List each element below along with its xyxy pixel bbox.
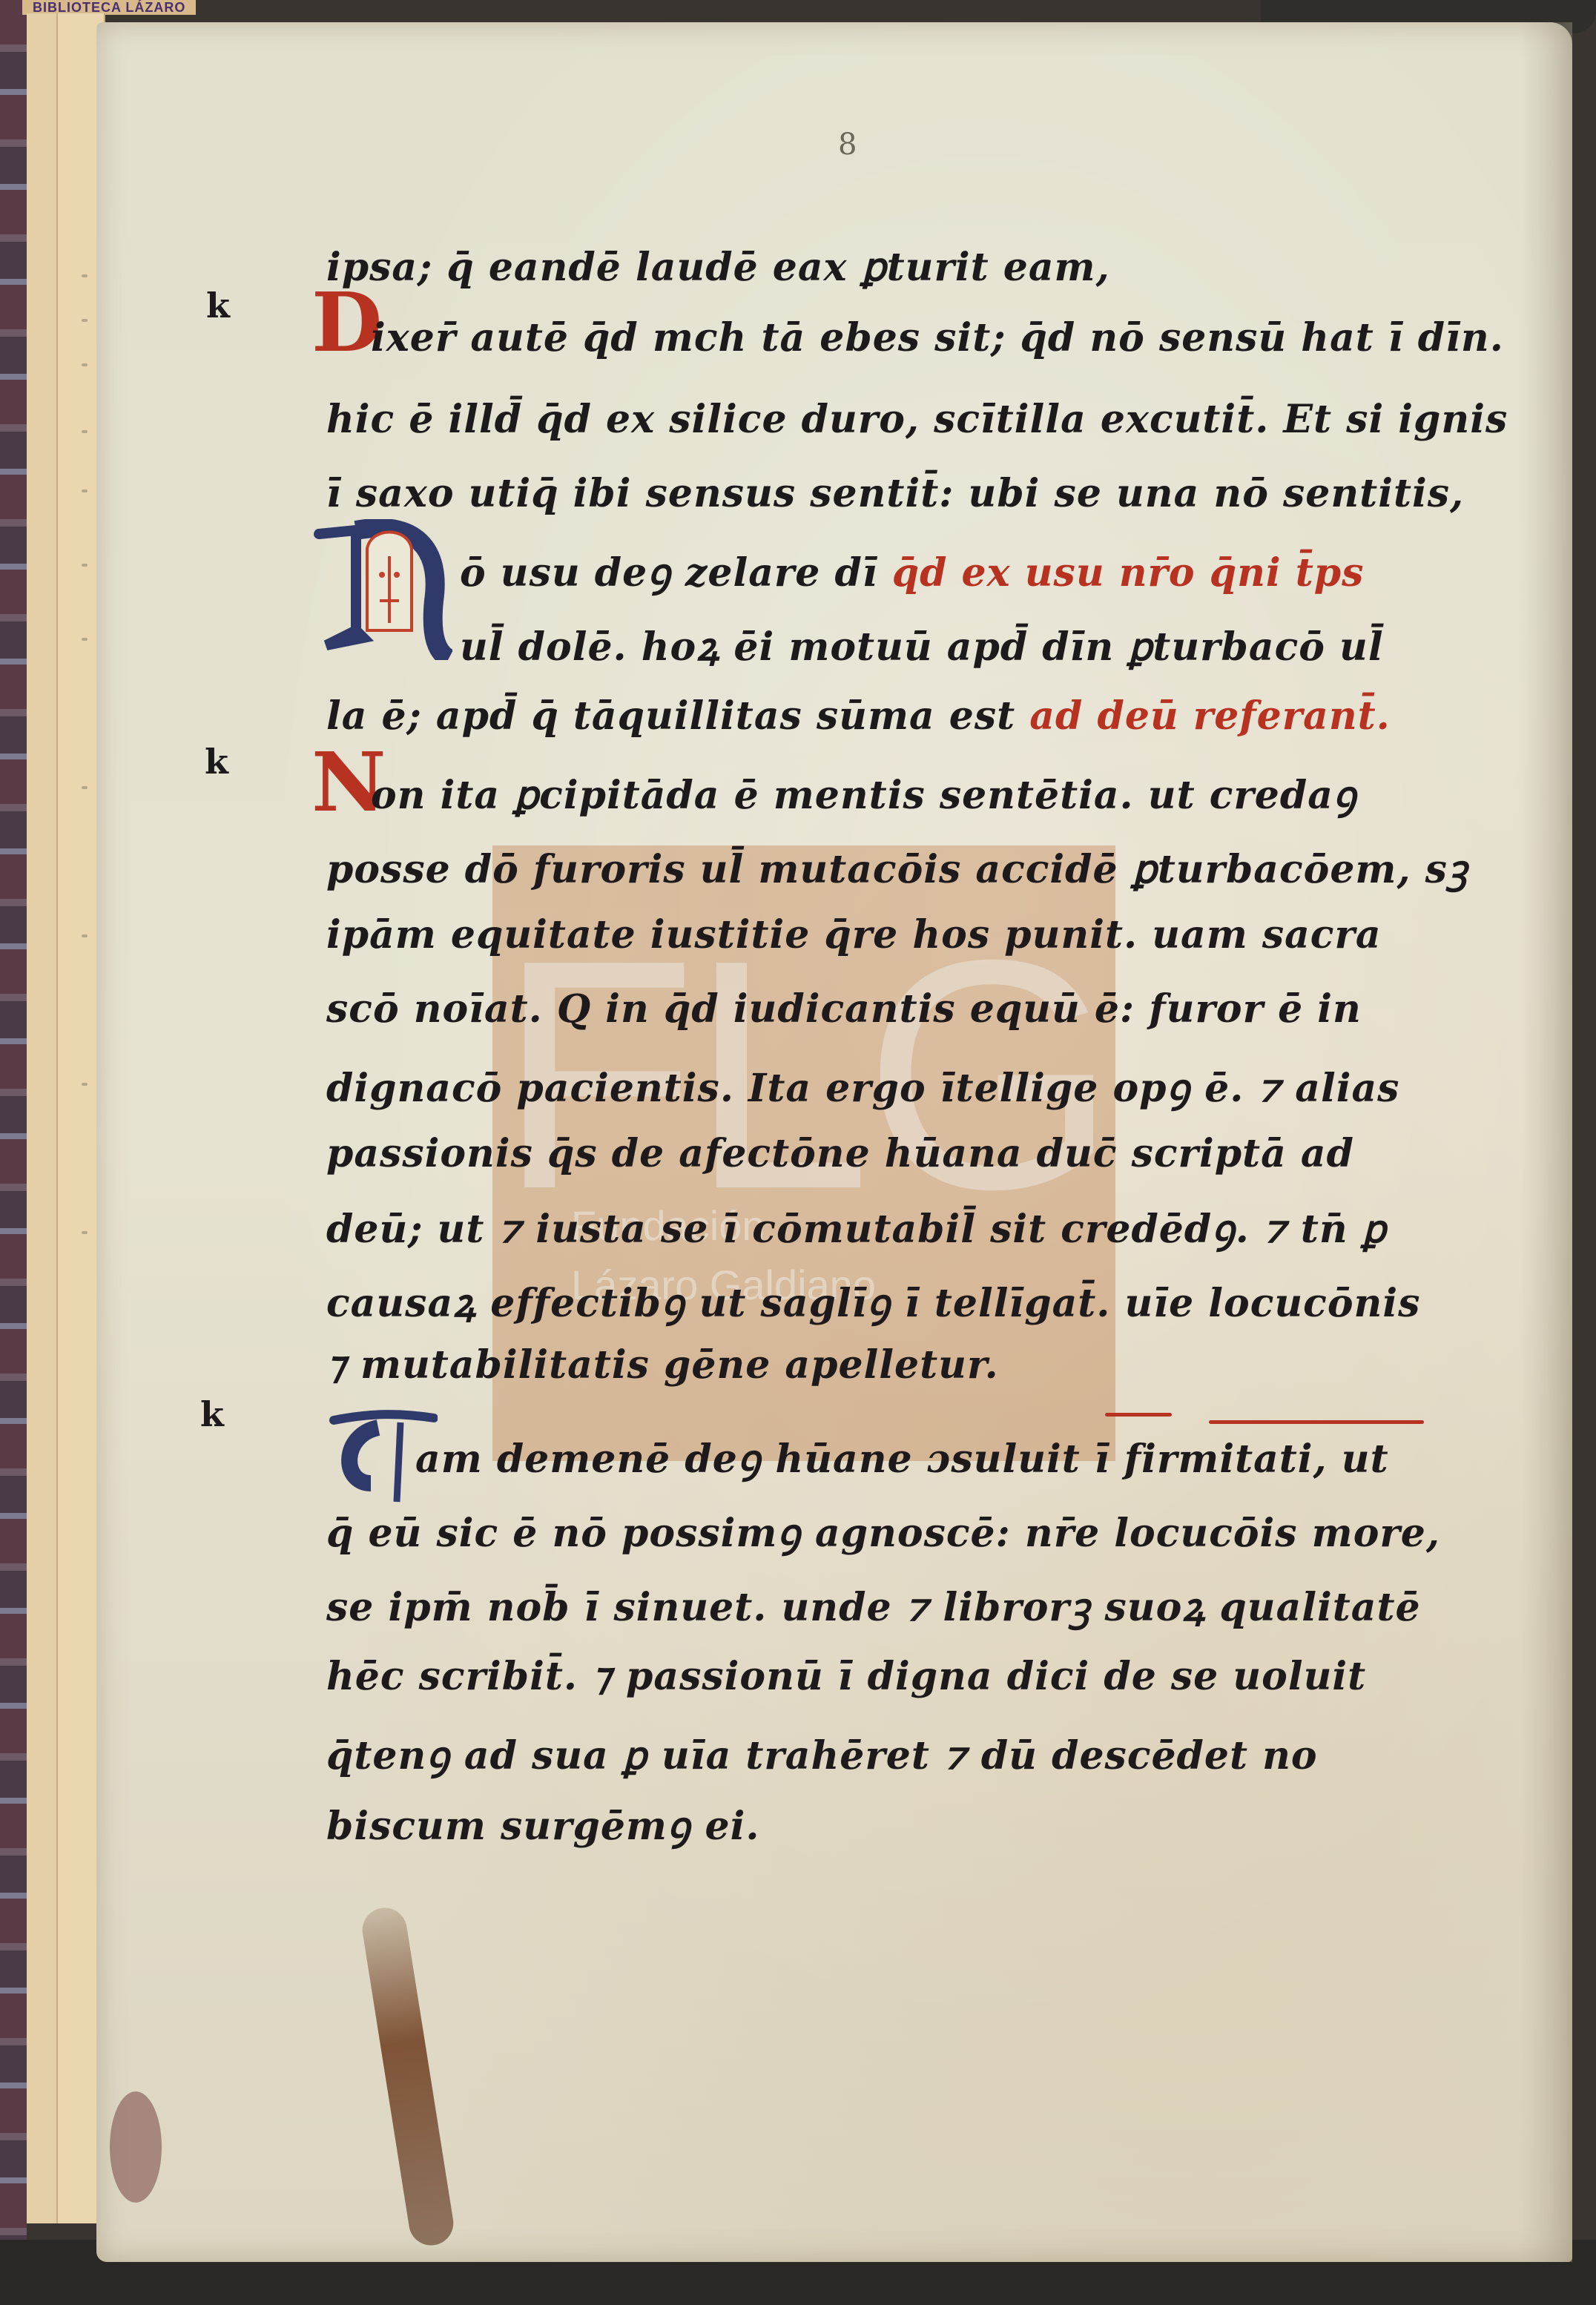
book-spine: [0, 0, 27, 2305]
text-line: q̄ eū sic ē nō possimꝯ agnoscē: nr̄e loc…: [326, 1506, 1440, 1558]
text-line: causaꝝ effectibꝯ ut saglīꝯ ī tellīgat̄. …: [326, 1276, 1420, 1328]
text-line: ī saxo utiq̄ ibi sensus sentit̄: ubi se …: [326, 471, 1464, 516]
library-stamp: BIBLIOTECA LÁZARO: [22, 0, 196, 15]
pricking-hole: [82, 363, 88, 366]
flyleaf-edge: [27, 13, 58, 2223]
text-line: la ē; apd̄ q̄ tāquillitas sūma est ad de…: [326, 693, 1391, 739]
text-segment: la ē; apd̄ q̄ tāquillitas sūma est: [326, 693, 1015, 739]
text-line: ixer̄ autē q̄d mch tā ebes sit; q̄d nō s…: [371, 315, 1504, 360]
pricking-hole: [82, 430, 88, 433]
pricking-hole: [82, 564, 88, 567]
pricking-hole: [82, 1231, 88, 1234]
margin-mark: k: [205, 742, 228, 782]
text-line: passionis q̄s de afectōne hūana duc̄ scr…: [326, 1131, 1354, 1176]
text-line: scō noīat. Q in q̄d iudicantis equū ē: f…: [326, 986, 1362, 1032]
text-line: deū; ut ⁊ iusta se ī cōmutabil̄ sit cred…: [326, 1201, 1387, 1254]
text-line: q̄tenꝯ ad sua ꝑ uīa trahēret ⁊ dū descēd…: [326, 1728, 1318, 1781]
text-line: on ita ꝑcipitāda ē mentis sentētia. ut c…: [371, 768, 1356, 820]
corner-stain: [110, 2091, 162, 2203]
text-line: ⁊ mutabilitatis gēne apelletur.: [326, 1342, 999, 1388]
text-line: hēc scribit̄. ⁊ passionū ī digna dici de…: [326, 1654, 1366, 1699]
text-line: hic ē illd̄ q̄d ex silice duro, scītilla…: [326, 397, 1508, 442]
pricking-hole: [82, 786, 88, 789]
rubric-segment: ad deū referant̄.: [1029, 693, 1390, 739]
text-line: ipsa; q̄ eandē laudē eax ꝑturit eam,: [326, 245, 1110, 290]
text-line: se ipm̄ nob̄ ī sinuet. unde ⁊ librorꝫ su…: [326, 1580, 1421, 1632]
pricking-hole: [82, 319, 88, 322]
margin-mark: k: [200, 1394, 224, 1434]
text-line: ipām equitate iustitie q̄re hos punit. u…: [326, 912, 1382, 957]
text-segment: ō usu deꝯ zelare dī: [460, 550, 878, 596]
text-line: posse dō furoris ul̄ mutacōis accidē ꝑtu…: [326, 842, 1468, 894]
pricking-hole: [82, 489, 88, 492]
text-line: ō usu deꝯ zelare dī q̄d ex usu nr̄o q̄ni…: [460, 545, 1364, 598]
line-filler: [1209, 1420, 1424, 1424]
text-line: dignacō pacientis. Ita ergo ītellige opꝯ…: [326, 1061, 1399, 1113]
page-number: 8: [838, 128, 857, 162]
pricking-hole: [82, 1083, 88, 1086]
rubric-segment: q̄d ex usu nr̄o q̄ni t̄ps: [892, 550, 1365, 596]
pricking-hole: [82, 274, 88, 277]
text-line: biscum surgēmꝯ ei.: [326, 1798, 760, 1851]
page-edge-shadow: [1520, 22, 1572, 2262]
margin-mark: k: [206, 286, 230, 326]
illuminated-initial-N-icon: [311, 519, 452, 660]
pricking-hole: [82, 934, 88, 937]
text-line: ul̄ dolē. hoꝝ ēi motuū apd̄ dīn ꝑturbacō…: [460, 619, 1384, 672]
pricking-hole: [82, 638, 88, 641]
line-filler: [1105, 1413, 1172, 1417]
text-line: am demenē deꝯ hūane ɔsuluit ī firmitati,…: [415, 1431, 1389, 1484]
